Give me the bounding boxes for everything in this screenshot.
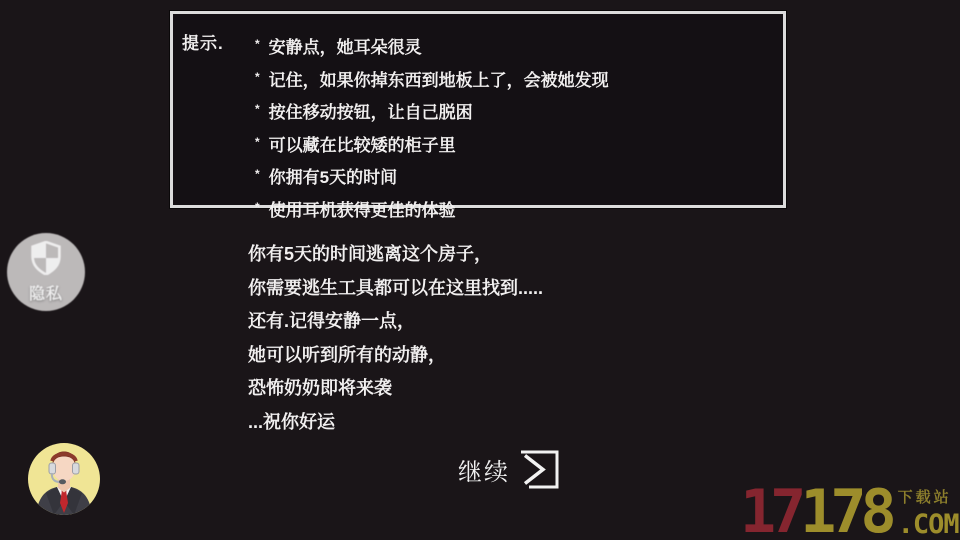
site-watermark: 17178 下载站 .COM bbox=[740, 486, 959, 537]
tip-item: *按住移动按钮，让自己脱困 bbox=[255, 95, 609, 128]
watermark-site-label: 下载站 bbox=[898, 486, 952, 507]
watermark-number: 17178 bbox=[740, 488, 891, 537]
tip-text: 可以藏在比较矮的柜子里 bbox=[269, 136, 456, 155]
tips-list: *安静点，她耳朵很灵 *记住，如果你掉东西到地板上了，会被她发现 *按住移动按钮… bbox=[255, 30, 609, 205]
tips-label: 提示. bbox=[182, 30, 255, 205]
tip-bullet: * bbox=[255, 30, 260, 59]
story-line: 恐怖奶奶即将来袭 bbox=[248, 372, 543, 406]
tips-panel: 提示. *安静点，她耳朵很灵 *记住，如果你掉东西到地板上了，会被她发现 *按住… bbox=[170, 11, 786, 208]
tip-text: 使用耳机获得更佳的体验 bbox=[269, 201, 456, 220]
support-agent-avatar[interactable] bbox=[28, 443, 100, 515]
tip-bullet: * bbox=[255, 160, 260, 189]
watermark-domain: .COM bbox=[898, 514, 959, 536]
watermark-number-red: 17 bbox=[740, 477, 800, 540]
shield-icon bbox=[31, 241, 61, 280]
story-line: 还有.记得安静一点， bbox=[248, 305, 543, 339]
tip-item: *安静点，她耳朵很灵 bbox=[255, 30, 609, 63]
support-agent-icon bbox=[28, 443, 100, 515]
watermark-right-column: 下载站 .COM bbox=[898, 486, 959, 537]
story-text: 你有5天的时间逃离这个房子， 你需要逃生工具都可以在这里找到..... 还有.记… bbox=[248, 238, 543, 440]
story-line: ...祝你好运 bbox=[248, 406, 543, 440]
continue-label: 继续 bbox=[458, 452, 510, 487]
watermark-number-olive: 178 bbox=[800, 477, 890, 540]
tip-item: *你拥有5天的时间 bbox=[255, 160, 609, 193]
privacy-label: 隐私 bbox=[29, 281, 63, 304]
privacy-button[interactable]: 隐私 bbox=[7, 233, 85, 311]
tip-text: 安静点，她耳朵很灵 bbox=[269, 38, 422, 57]
story-line: 她可以听到所有的动静， bbox=[248, 339, 543, 373]
tip-bullet: * bbox=[255, 95, 260, 124]
tip-bullet: * bbox=[255, 128, 260, 157]
tip-item: *可以藏在比较矮的柜子里 bbox=[255, 128, 609, 161]
tip-bullet: * bbox=[255, 193, 260, 222]
tip-text: 按住移动按钮，让自己脱困 bbox=[269, 103, 473, 122]
continue-button[interactable]: 继续 bbox=[458, 450, 559, 489]
tip-text: 记住，如果你掉东西到地板上了，会被她发现 bbox=[269, 71, 609, 90]
tip-item: *记住，如果你掉东西到地板上了，会被她发现 bbox=[255, 63, 609, 96]
chevron-right-icon bbox=[519, 450, 559, 489]
story-line: 你需要逃生工具都可以在这里找到..... bbox=[248, 272, 543, 306]
story-line: 你有5天的时间逃离这个房子， bbox=[248, 238, 543, 272]
tip-bullet: * bbox=[255, 63, 260, 92]
tip-item: *使用耳机获得更佳的体验 bbox=[255, 193, 609, 226]
tip-text: 你拥有5天的时间 bbox=[269, 168, 397, 187]
